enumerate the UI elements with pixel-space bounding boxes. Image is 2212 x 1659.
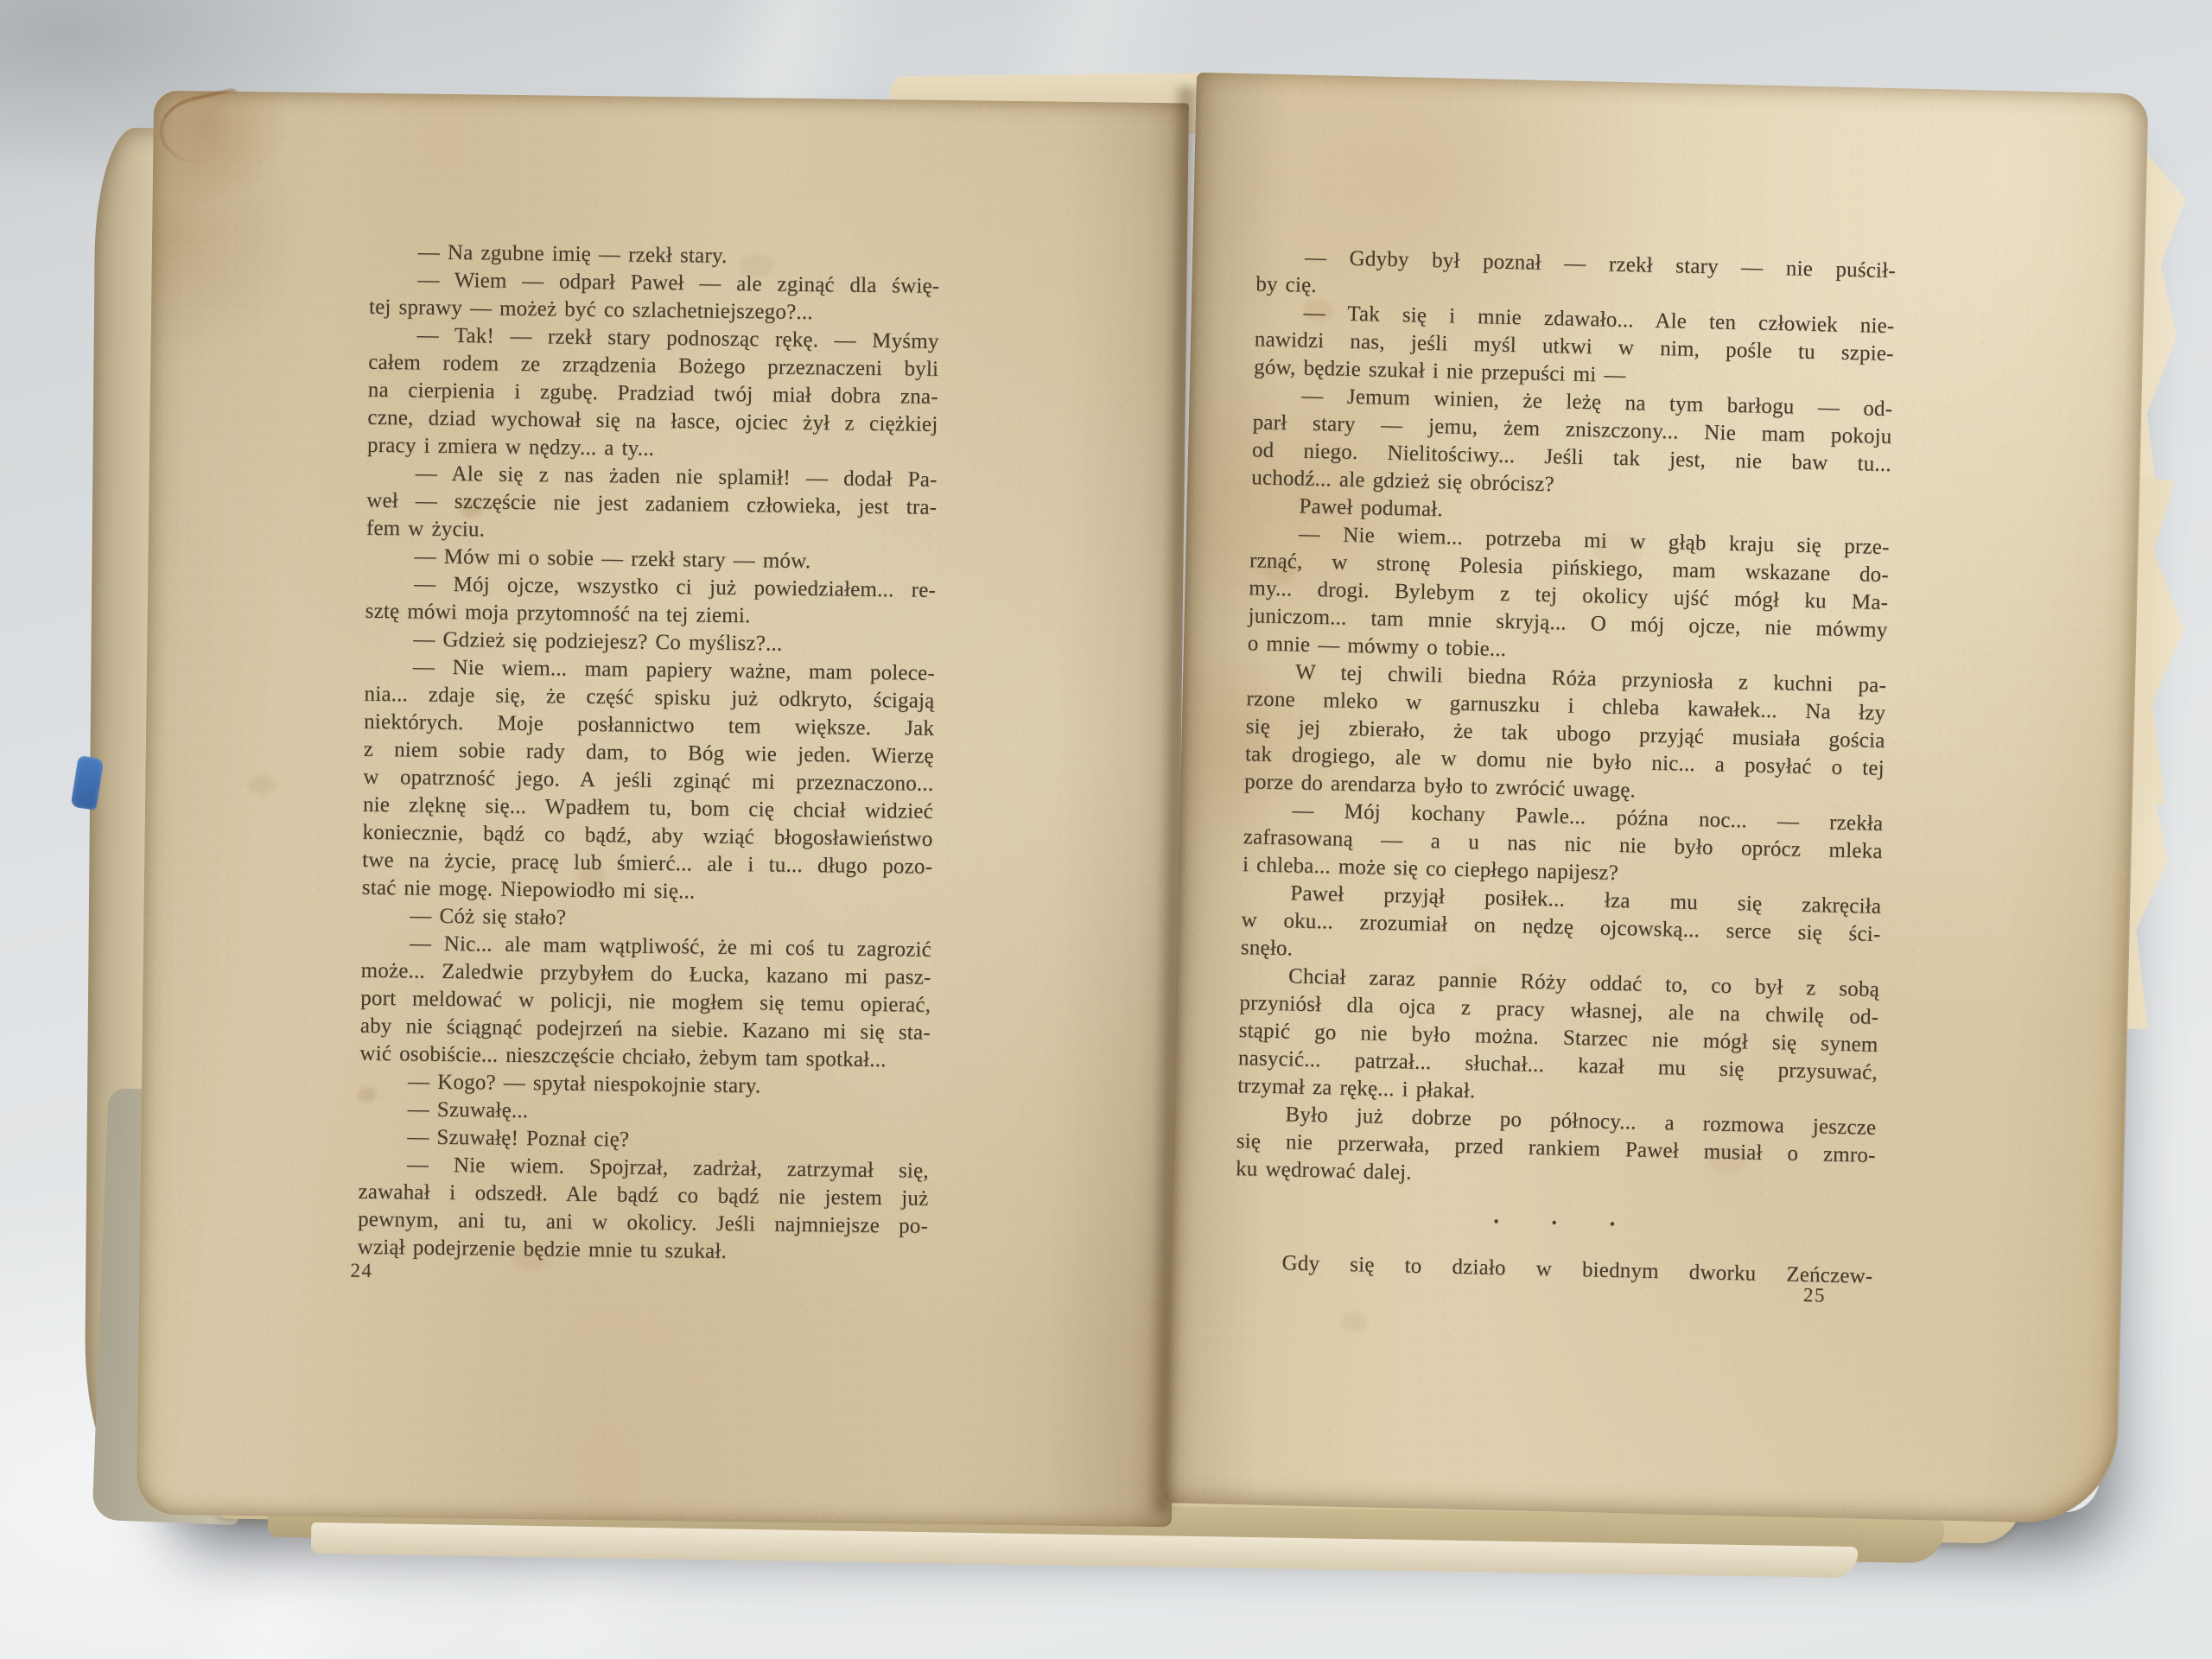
left-page-number: 24: [350, 1260, 372, 1282]
corner-tear-mark: [154, 87, 251, 171]
left-page: — Na zgubne imię — rzekł stary.— Wiem — …: [137, 91, 1189, 1528]
right-page: — Gdyby był poznał — rzekł stary — nie p…: [1164, 73, 2148, 1525]
foxing-spot: [249, 774, 275, 795]
right-page-lines: — Gdyby był poznał — rzekł stary — nie p…: [1236, 243, 1896, 1198]
right-page-number: 25: [1803, 1284, 1827, 1307]
left-page-text: — Na zgubne imię — rzekł stary.— Wiem — …: [358, 238, 940, 1268]
foxing-spot: [1341, 1312, 1367, 1332]
right-page-text: — Gdyby był poznał — rzekł stary — nie p…: [1233, 243, 1896, 1290]
